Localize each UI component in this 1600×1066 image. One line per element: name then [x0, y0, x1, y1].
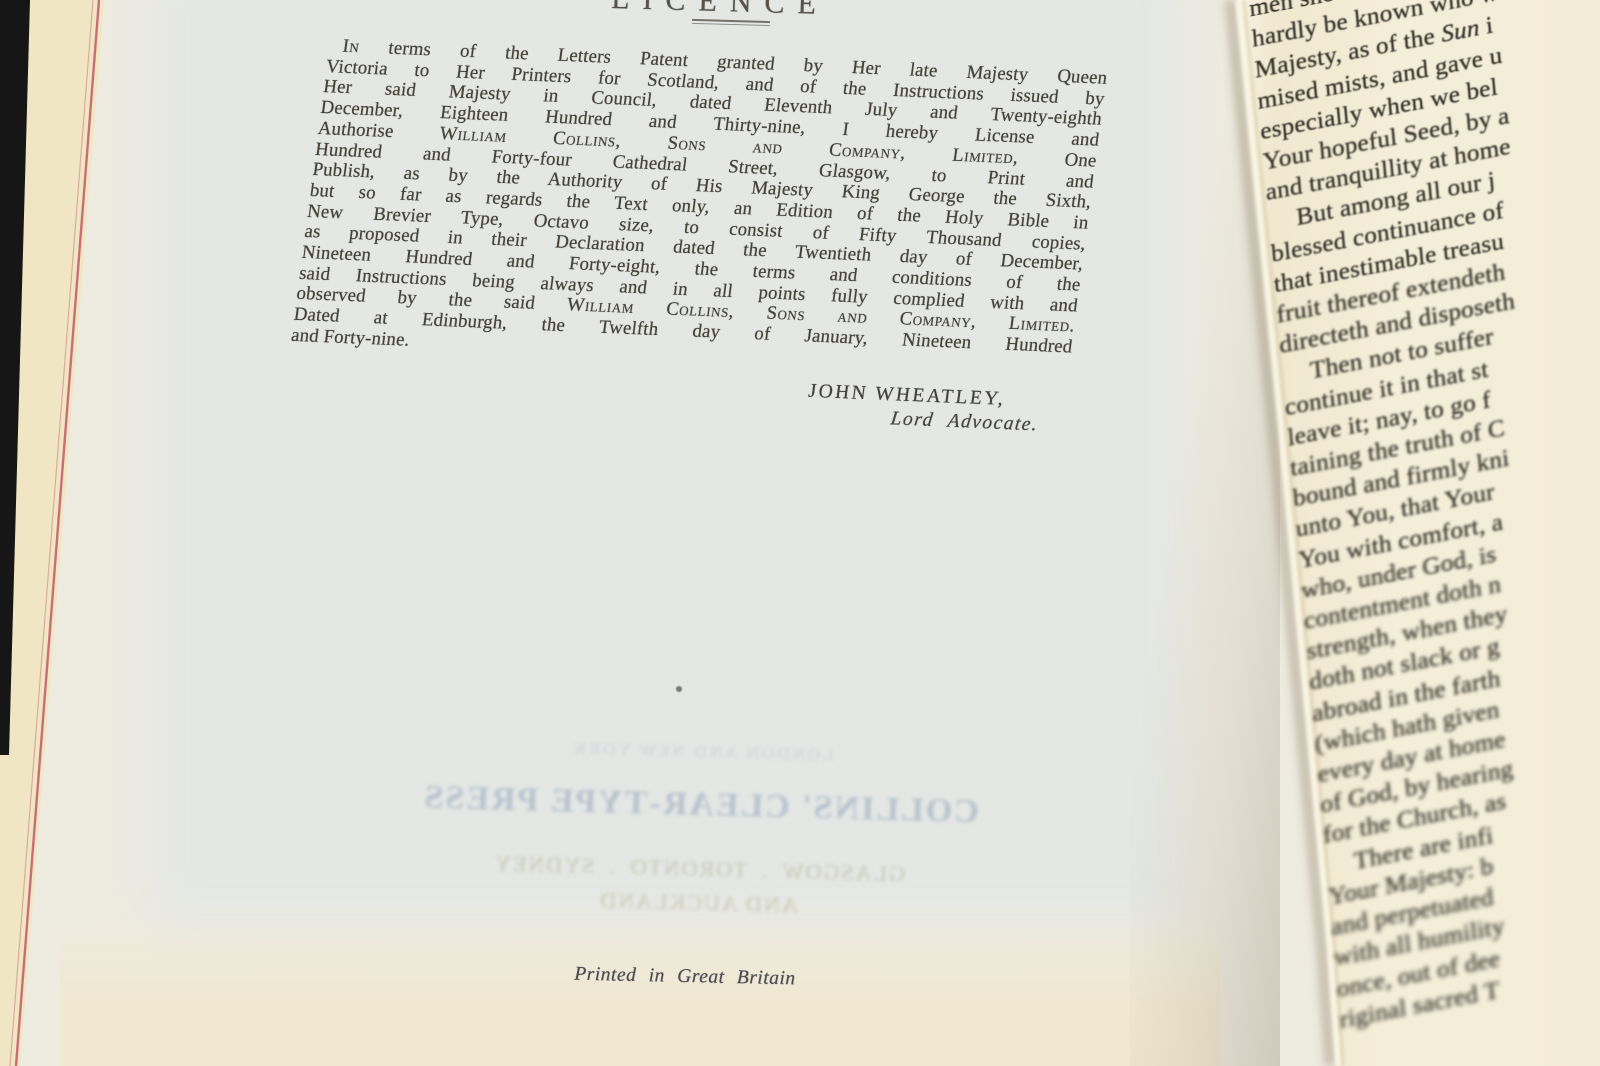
licence-paragraph: In terms of the Letters Patent granted b… — [290, 36, 1109, 379]
dark-background-wedge — [0, 0, 30, 755]
red-edge-line — [16, 0, 99, 1066]
right-page-text: men shoulhardly be known who wMajesty, a… — [1248, 0, 1600, 1035]
licence-text-block: In terms of the Letters Patent granted b… — [282, 36, 1108, 437]
show-through-text: LONDON AND NEW YORK COLLINS' CLEAR-TYPE … — [298, 732, 1102, 927]
left-page-edge — [0, 0, 104, 1066]
ink-speck — [676, 686, 682, 692]
page-bottom-warm-tone — [60, 920, 1220, 1066]
red-edge-line-2 — [10, 0, 93, 1066]
gutter-shadow — [1130, 0, 1280, 1066]
show-through-line: COLLINS' CLEAR-TYPE PRESS — [300, 776, 1101, 835]
book-photo: LONDON AND NEW YORK COLLINS' CLEAR-TYPE … — [0, 0, 1600, 1066]
